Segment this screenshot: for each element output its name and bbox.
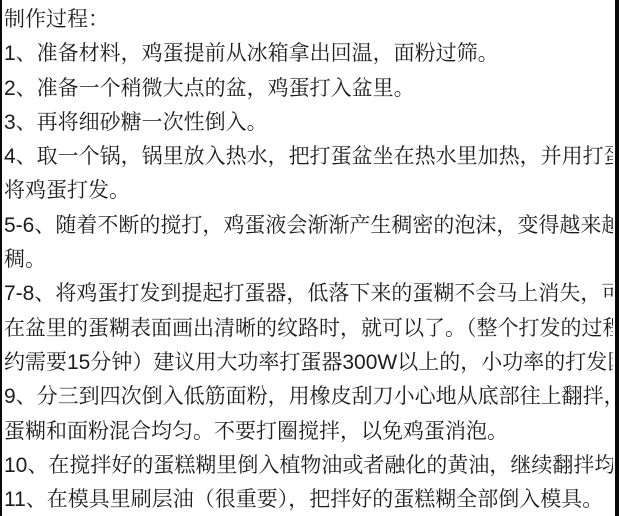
step-line-11: 11、在模具里刷层油（很重要），把拌好的蛋糕糊全部倒入模具。 (4, 483, 613, 516)
step-line-7-8: 7-8、将鸡蛋打发到提起打蛋器，低落下来的蛋糊不会马上消失，可以 (4, 277, 613, 311)
step-line-1: 1、准备材料，鸡蛋提前从冰箱拿出回温，面粉过筛。 (4, 37, 613, 71)
left-border-line (0, 0, 2, 516)
step-line-9-continued: 蛋糊和面粉混合均匀。不要打圈搅拌，以免鸡蛋消泡。 (4, 415, 613, 449)
step-line-7-8-continued-1: 在盆里的蛋糊表面画出清晰的纹路时，就可以了。（整个打发的过程 (4, 312, 613, 346)
step-line-2: 2、准备一个稍微大点的盆，鸡蛋打入盆里。 (4, 72, 613, 106)
section-title: 制作过程： (4, 3, 613, 37)
step-line-5-6-continued: 稠。 (4, 243, 613, 277)
recipe-document: 制作过程： 1、准备材料，鸡蛋提前从冰箱拿出回温，面粉过筛。 2、准备一个稍微大… (0, 0, 619, 516)
step-line-5-6: 5-6、随着不断的搅打，鸡蛋液会渐渐产生稠密的泡沫，变得越来越浓 (4, 209, 613, 243)
step-line-4-continued: 将鸡蛋打发。 (4, 174, 613, 208)
right-border-line (615, 0, 619, 516)
step-line-4: 4、取一个锅，锅里放入热水，把打蛋盆坐在热水里加热，并用打蛋器 (4, 140, 613, 174)
step-line-7-8-continued-2: 约需要15分钟）建议用大功率打蛋器300W以上的，小功率的打发困难。 (4, 346, 613, 380)
step-line-9: 9、分三到四次倒入低筋面粉，用橡皮刮刀小心地从底部往上翻拌，使 (4, 380, 613, 414)
recipe-text-block: 制作过程： 1、准备材料，鸡蛋提前从冰箱拿出回温，面粉过筛。 2、准备一个稍微大… (4, 3, 613, 516)
step-line-3: 3、再将细砂糖一次性倒入。 (4, 106, 613, 140)
step-line-10: 10、在搅拌好的蛋糕糊里倒入植物油或者融化的黄油，继续翻拌均匀。 (4, 449, 613, 483)
